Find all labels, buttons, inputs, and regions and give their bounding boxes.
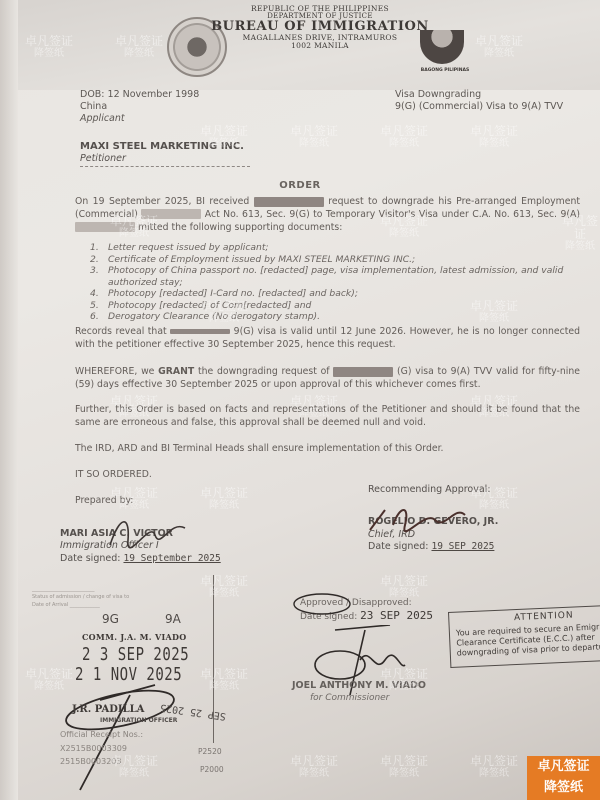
stamp-date-1: 2 3 SEP 2025 [82, 645, 189, 665]
receipt-label: Official Receipt Nos.: [60, 728, 143, 742]
prepared-by-label: Prepared by: [75, 495, 580, 508]
applicant-dob: DOB: 12 November 1998 [80, 89, 199, 101]
order-title: ORDER [20, 180, 580, 191]
recommending-date: Date signed: 19 SEP 2025 [368, 541, 498, 553]
closing-line: IT SO ORDERED. [75, 469, 580, 482]
list-item: 5.Photocopy [redacted] of Com[redacted] … [90, 300, 570, 312]
brand-badge: 卓凡签证 降签纸 [527, 756, 600, 800]
receipt-block: Official Receipt Nos.: X2515B0003309 251… [60, 728, 143, 769]
attention-text: You are required to secure an Emigration… [456, 621, 600, 659]
bagong-pilipinas-logo-icon [420, 30, 464, 64]
recommending-block: Recommending Approval: ROGELIO D. GEVERO… [368, 484, 498, 553]
attention-stamp: ATTENTION You are required to secure an … [448, 604, 600, 668]
approver-name: JOEL ANTHONY M. VIADO [292, 680, 426, 691]
list-item: 3.Photocopy of China passport no. [redac… [90, 265, 570, 288]
approval-label: Approved / Disapproved: [300, 597, 433, 609]
petitioner-role: Petitioner [80, 153, 244, 165]
receipt-number-2: 2515B0003203 [60, 755, 143, 769]
redaction [170, 329, 230, 334]
wherefore-paragraph: WHEREFORE, we GRANT the downgrading requ… [75, 366, 580, 392]
prepared-by-date: Date signed: 19 September 2025 [60, 553, 221, 565]
case-detail: 9(G) (Commercial) Visa to 9(A) TVV [395, 101, 563, 113]
badge-line-2: 降签纸 [527, 777, 600, 798]
redaction [333, 367, 393, 377]
order-intro: On 19 September 2025, BI received reques… [75, 196, 580, 234]
prepared-by-title: Immigration Officer I [60, 540, 221, 552]
from-visa: 9G [102, 612, 119, 626]
officer-title: IMMIGRATION OFFICER [100, 717, 177, 724]
stamp-form-lines: _________________________ Status of admi… [32, 585, 129, 609]
records-paragraph: Records reveal that 9(G) visa is valid u… [75, 326, 580, 352]
case-title: Visa Downgrading [395, 89, 563, 101]
supporting-documents-list: 1.Letter request issued by applicant; 2.… [90, 242, 570, 323]
case-block: Visa Downgrading 9(G) (Commercial) Visa … [395, 89, 563, 113]
recommending-label: Recommending Approval: [368, 484, 498, 496]
to-visa: 9A [165, 612, 181, 626]
prepared-by-block: MARI ASIA C. VICTOR Immigration Officer … [60, 528, 221, 565]
list-item: 1.Letter request issued by applicant; [90, 242, 570, 254]
approver-title: for Commissioner [310, 693, 389, 703]
petitioner-block: MAXI STEEL MARKETING INC. Petitioner [80, 140, 244, 165]
intro-text-d: mitted the following supporting document… [138, 222, 342, 233]
badge-line-1: 卓凡签证 [527, 756, 600, 777]
grant-keyword: GRANT [158, 366, 194, 377]
receipt-number-1: X2515B0003309 [60, 742, 143, 756]
petitioner-name: MAXI STEEL MARKETING INC. [80, 140, 244, 153]
amount-2: P2000 [200, 765, 224, 774]
stamp-date-2: 2 1 NOV 2025 [75, 665, 182, 685]
list-item: 2.Certificate of Employment issued by MA… [90, 254, 570, 266]
intro-text-c: Act No. 613, Sec. 9(G) to Temporary Visi… [205, 209, 580, 220]
logo-caption: BAGONG PILIPINAS [410, 68, 480, 73]
approval-date: 23 SEP 2025 [360, 609, 433, 622]
recommending-title: Chief, IRD [368, 529, 498, 541]
further-paragraph: Further, this Order is based on facts an… [75, 404, 580, 430]
redaction [141, 209, 201, 219]
prepared-by-name: MARI ASIA C. VICTOR [60, 528, 221, 540]
officer-name: J.R. PADILLA [72, 704, 144, 715]
page-fold-shadow [0, 0, 18, 800]
approval-block: Approved / Disapproved: Date signed: 23 … [300, 597, 433, 624]
applicant-role: Applicant [80, 113, 199, 125]
applicant-nationality: China [80, 101, 199, 113]
redaction [254, 197, 324, 207]
recommending-name: ROGELIO D. GEVERO, JR. [368, 516, 498, 528]
list-item: 4.Photocopy [redacted] I-Card no. [redac… [90, 288, 570, 300]
list-item: 6.Derogatory Clearance (No derogatory st… [90, 311, 570, 323]
implementation-paragraph: The IRD, ARD and BI Terminal Heads shall… [75, 443, 580, 456]
redaction [75, 222, 135, 232]
immigration-order-document: REPUBLIC OF THE PHILIPPINES DEPARTMENT O… [20, 0, 600, 800]
amount-1: P2520 [198, 747, 222, 756]
commissioner-stamp: COMM. J.A. M. VIADO [82, 632, 187, 642]
section-divider [80, 166, 250, 167]
intro-text-a: On 19 September 2025, BI received [75, 196, 249, 207]
applicant-block: DOB: 12 November 1998 China Applicant [80, 89, 199, 125]
